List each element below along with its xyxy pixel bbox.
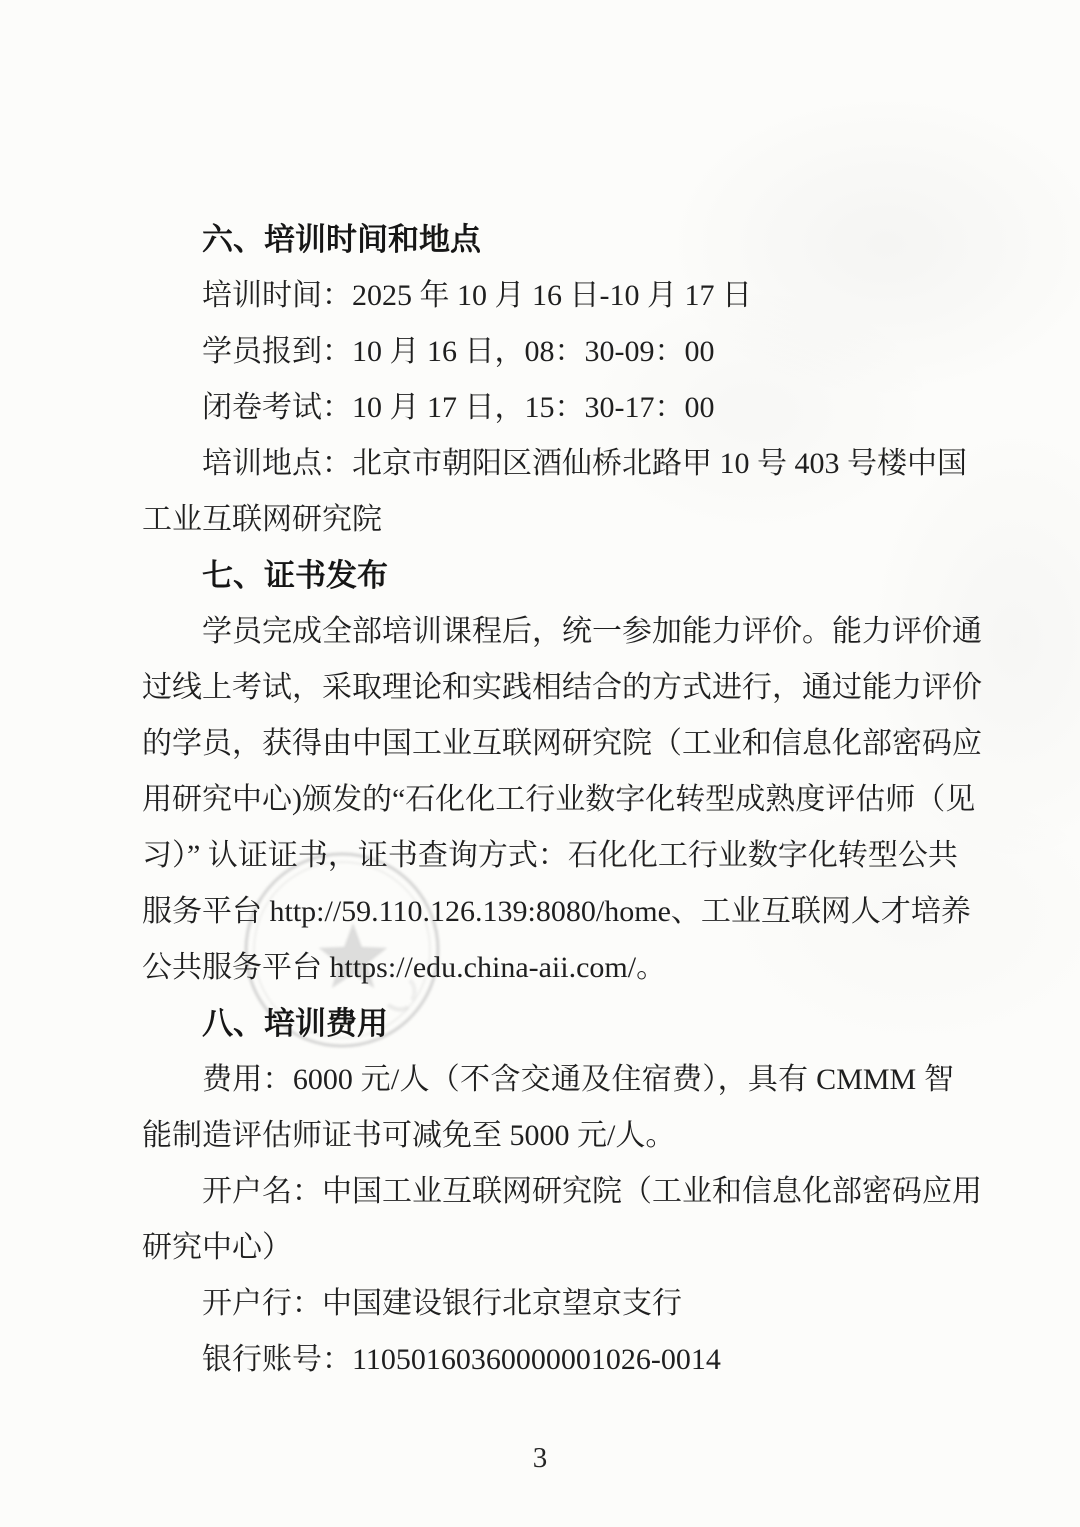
document-line: 培训地点：北京市朝阳区酒仙桥北路甲 10 号 403 号楼中国 bbox=[142, 436, 954, 492]
document-line: 的学员，获得由中国工业互联网研究院（工业和信息化部密码应 bbox=[142, 716, 954, 772]
document-line-platform-url: 服务平台 http://59.110.126.139:8080/home、工业互… bbox=[142, 884, 954, 940]
document-line-platform-url: 公共服务平台 https://edu.china-aii.com/。 bbox=[142, 940, 954, 996]
document-line: 学员完成全部培训课程后，统一参加能力评价。能力评价通 bbox=[142, 604, 954, 660]
document-line: 学员报到：10 月 16 日，08：30-09：00 bbox=[142, 324, 954, 380]
document-line: 能制造评估师证书可减免至 5000 元/人。 bbox=[142, 1108, 954, 1164]
document-body: 六、培训时间和地点 培训时间：2025 年 10 月 16 日-10 月 17 … bbox=[142, 212, 954, 1388]
document-page: 六、培训时间和地点 培训时间：2025 年 10 月 16 日-10 月 17 … bbox=[0, 0, 1080, 1527]
document-line: 费用：6000 元/人（不含交通及住宿费），具有 CMMM 智 bbox=[142, 1052, 954, 1108]
document-line: 工业互联网研究院 bbox=[142, 492, 954, 548]
document-line-bank-account: 银行账号：11050160360000001026-0014 bbox=[142, 1332, 954, 1388]
document-line: 开户名：中国工业互联网研究院（工业和信息化部密码应用 bbox=[142, 1164, 954, 1220]
document-line: 习）” 认证证书，证书查询方式：石化化工行业数字化转型公共 bbox=[142, 828, 954, 884]
page-number: 3 bbox=[0, 1442, 1080, 1475]
document-line: 研究中心） bbox=[142, 1220, 954, 1276]
heading-training-fee: 八、培训费用 bbox=[142, 996, 954, 1052]
document-line: 过线上考试，采取理论和实践相结合的方式进行，通过能力评价 bbox=[142, 660, 954, 716]
document-line: 开户行：中国建设银行北京望京支行 bbox=[142, 1276, 954, 1332]
document-line: 用研究中心)颁发的“石化化工行业数字化转型成熟度评估师（见 bbox=[142, 772, 954, 828]
heading-certificate-issuance: 七、证书发布 bbox=[142, 548, 954, 604]
document-line: 培训时间：2025 年 10 月 16 日-10 月 17 日 bbox=[142, 268, 954, 324]
document-line: 闭卷考试：10 月 17 日，15：30-17：00 bbox=[142, 380, 954, 436]
heading-training-time-location: 六、培训时间和地点 bbox=[142, 212, 954, 268]
